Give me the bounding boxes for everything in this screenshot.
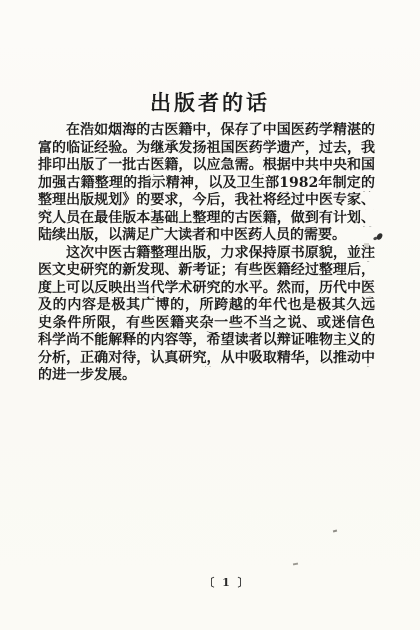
body-text: 在浩如烟海的古医籍中，保存了中国医药学精湛的理论和丰富的临证经验。为继承发扬祖国… — [38, 122, 375, 385]
ink-speck — [376, 232, 383, 240]
ink-speck — [364, 243, 369, 247]
text-line: 整理出版规划》的要求，今后，我社将经过中医专家、学者和研 — [38, 192, 375, 210]
text-line: 史条件所限，有些医籍夹杂一些不当之说、或迷信色彩，或现代 — [38, 315, 375, 333]
text-line: 富的临证经验。为继承发扬祖国医药学遗产，过去，我社影印、 — [38, 140, 375, 158]
text-line: 陆续出版，以满足广大读者和中医药人员的需要。 — [38, 227, 375, 245]
text-line: 度上可以反映出当代学术研究的水平。然而，历代中医古籍所涉 — [38, 280, 375, 298]
text-line: 这次中医古籍整理出版，力求保持原书原貌，並注意吸收中 — [38, 245, 375, 263]
page-number: 〔 1 〕 — [187, 576, 267, 590]
text-line: 医文史研究的新发现、新考证；有些医籍经过整理后，在一定程 — [38, 262, 375, 280]
ink-speck — [333, 530, 337, 533]
text-line: 在浩如烟海的古医籍中，保存了中国医药学精湛的理论和丰 — [38, 122, 375, 140]
text-line: 的进一步发展。 — [38, 367, 375, 385]
text-line: 及的内容是极其广博的，所跨越的年代也是极其久远的。由于历 — [38, 297, 375, 315]
page-title: 出版者的话 — [0, 91, 420, 114]
text-line: 加强古籍整理的指示精神，以及卫生部1982年制定的《中医古籍 — [38, 175, 375, 193]
book-page: 出版者的话 在浩如烟海的古医籍中，保存了中国医药学精湛的理论和丰富的临证经验。为… — [0, 0, 420, 630]
text-line: 究人员在最佳版本基础上整理的古医籍，做到有计划、有系统地 — [38, 210, 375, 228]
text-line: 科学尚不能解释的内容等，希望读者以辩证唯物主义的观点加以 — [38, 332, 375, 350]
ink-speck — [293, 563, 298, 566]
text-line: 分析，正确对待，认真研究，从中吸取精华，以推动中医学术 — [38, 350, 375, 368]
text-line: 排印出版了一批古医籍，以应急需。根据中共中央和国务院关于 — [38, 157, 375, 175]
